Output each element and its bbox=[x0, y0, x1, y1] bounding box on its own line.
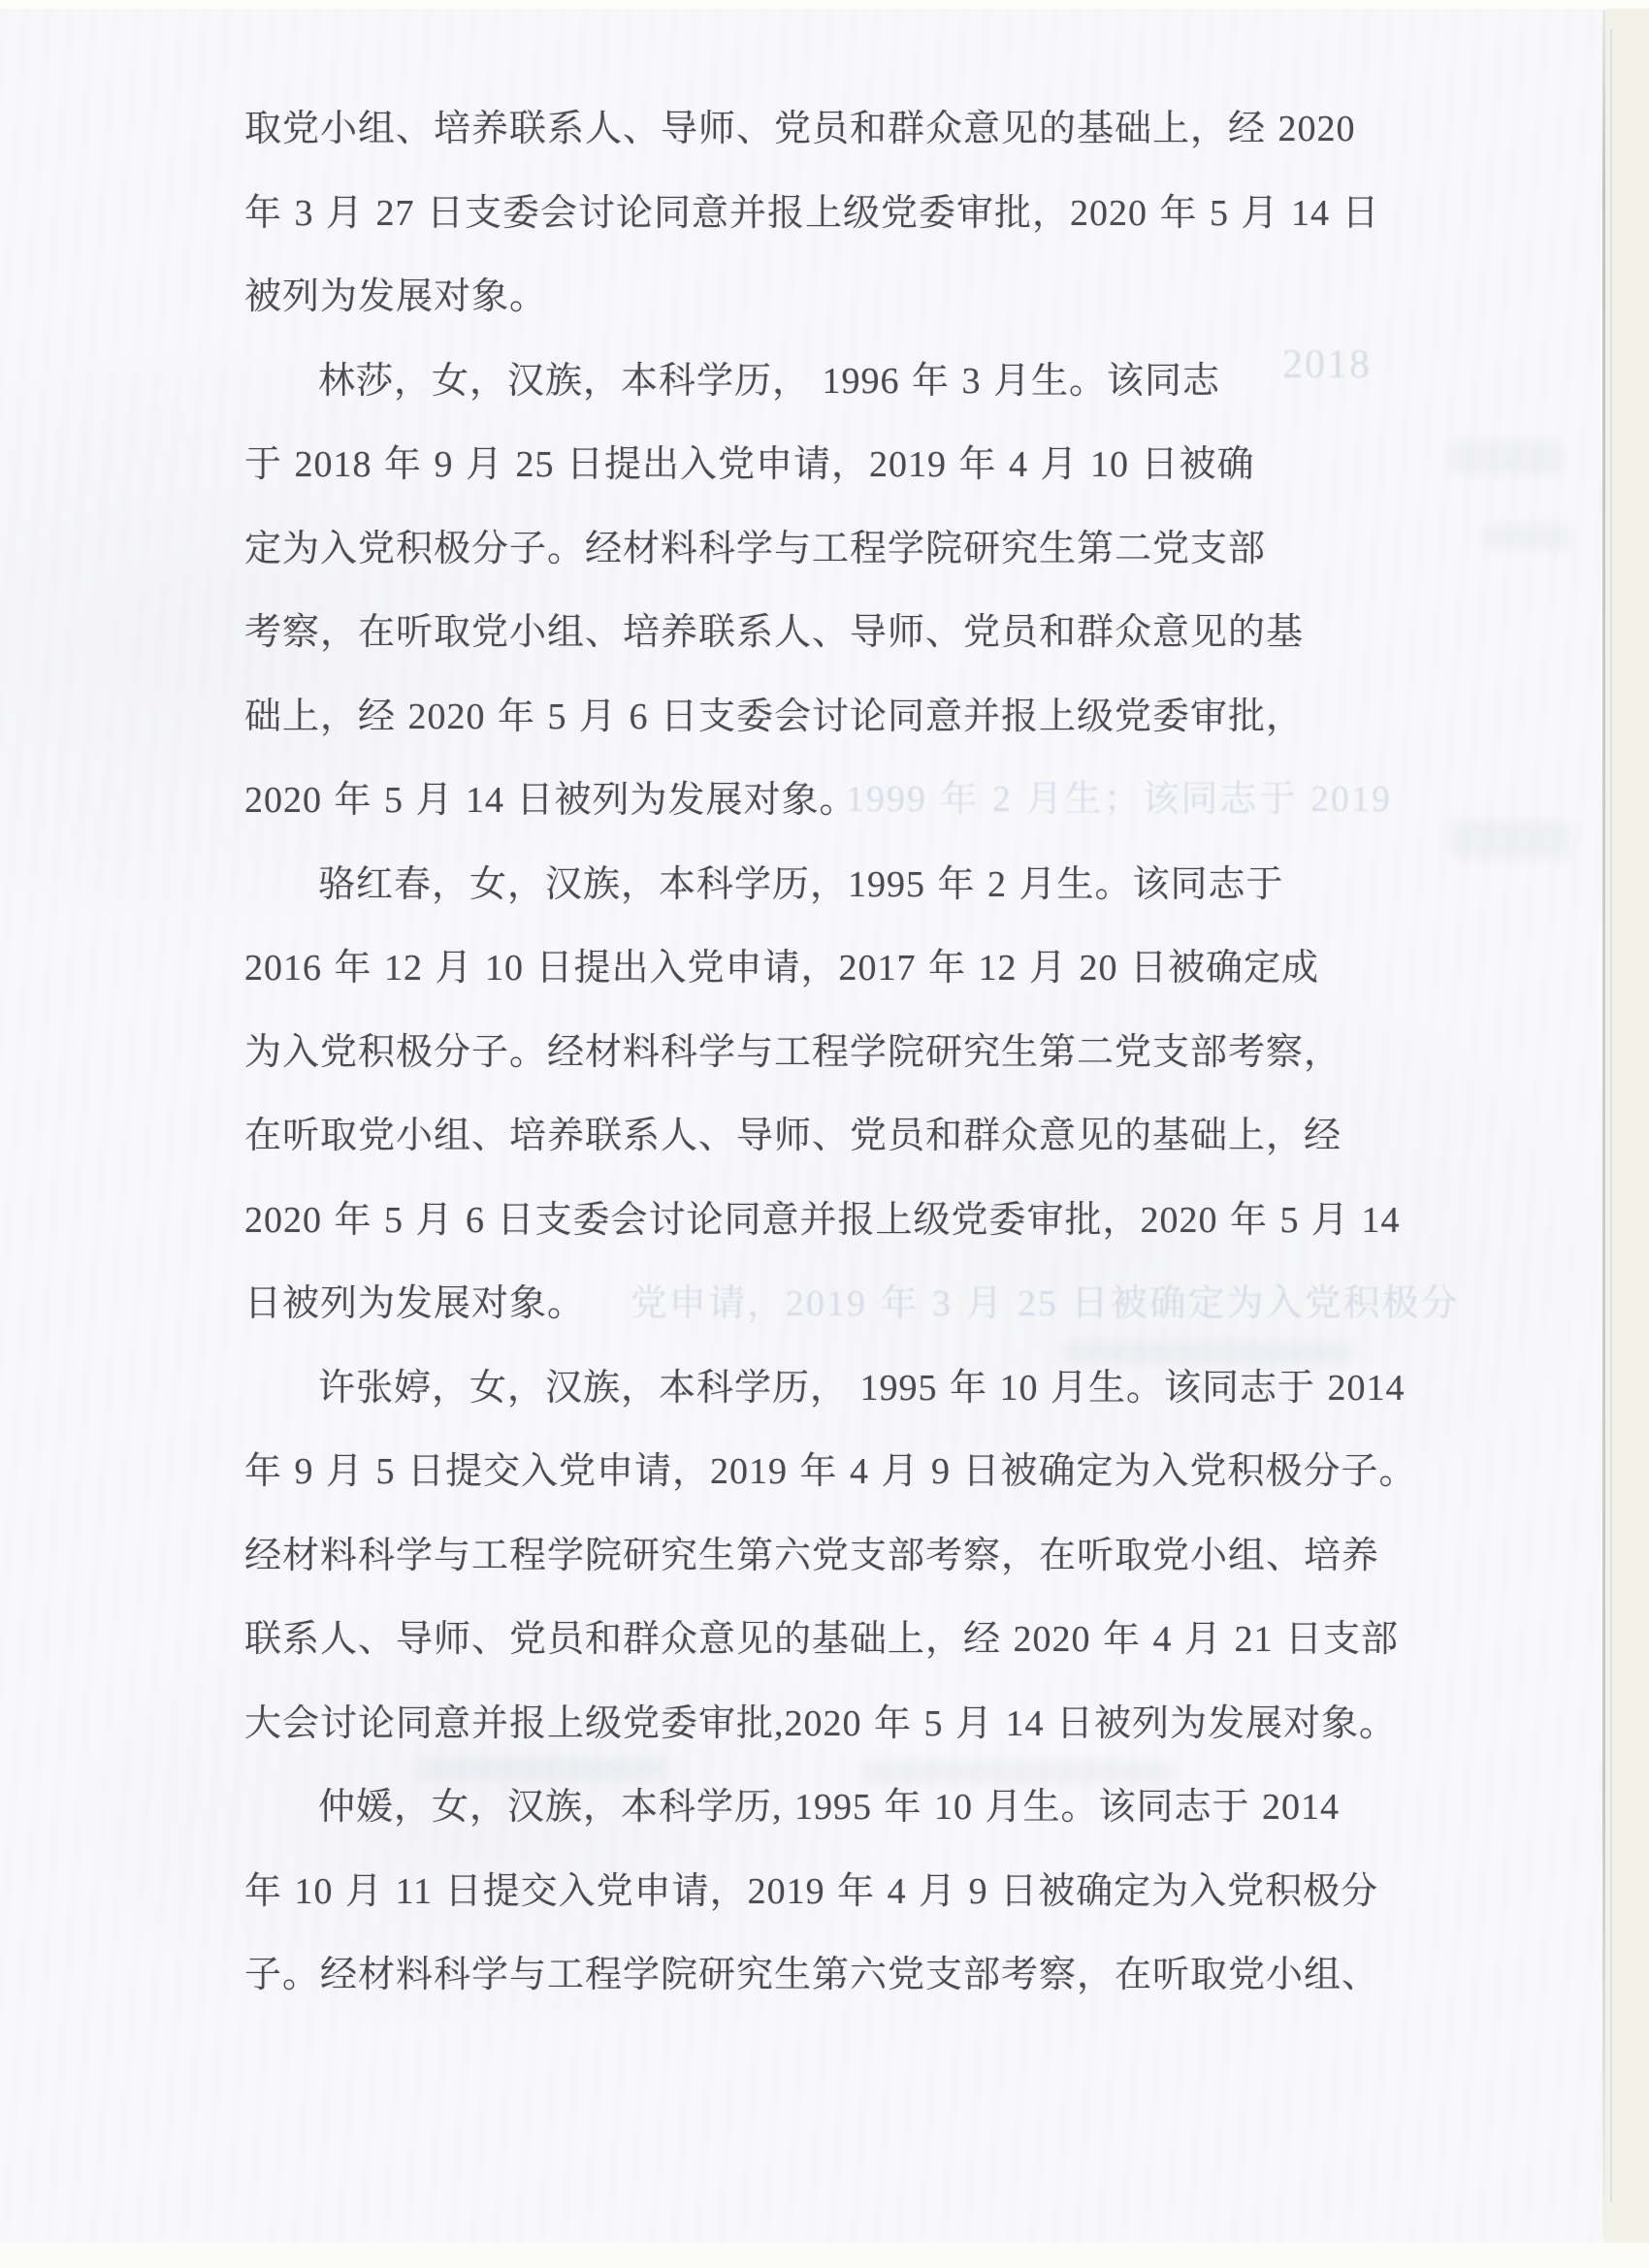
bleedthrough-smudge bbox=[863, 1761, 1174, 1784]
bleedthrough-ghost-text: 1999 年 2 月生；该同志于 2019 bbox=[846, 768, 1392, 822]
text-line: 林莎，女，汉族，本科学历， 1996 年 3 月生。该同志 bbox=[244, 340, 1406, 424]
text-line: 取党小组、培养联系人、导师、党员和群众意见的基础上，经 2020 bbox=[244, 87, 1406, 172]
scan-top-strip bbox=[0, 0, 1649, 9]
paper-sheet: 取党小组、培养联系人、导师、党员和群众意见的基础上，经 2020年 3 月 27… bbox=[0, 0, 1604, 2268]
bleedthrough-smudge bbox=[1450, 441, 1562, 474]
text-line: 考察，在听取党小组、培养联系人、导师、党员和群众意见的基 bbox=[244, 591, 1406, 675]
text-line: 定为入党积极分子。经材料科学与工程学院研究生第二党支部 bbox=[244, 507, 1406, 592]
bleedthrough-ghost-text: 党申请，2019 年 3 月 25 日被确定为入党积极分 bbox=[630, 1273, 1460, 1326]
text-line: 年 9 月 5 日提交入党申请，2019 年 4 月 9 日被确定为入党积极分子… bbox=[244, 1430, 1406, 1514]
text-line: 2020 年 5 月 6 日支委会讨论同意并报上级党委审批，2020 年 5 月… bbox=[244, 1179, 1406, 1263]
text-line: 经材料科学与工程学院研究生第六党支部考察，在听取党小组、培养 bbox=[244, 1514, 1406, 1599]
text-line: 年 3 月 27 日支委会讨论同意并报上级党委审批，2020 年 5 月 14 … bbox=[244, 172, 1406, 256]
text-line: 子。经材料科学与工程学院研究生第六党支部考察，在听取党小组、 bbox=[244, 1933, 1406, 2018]
bleedthrough-smudge bbox=[1484, 524, 1571, 549]
text-line: 大会讨论同意并报上级党委审批,2020 年 5 月 14 日被列为发展对象。 bbox=[244, 1682, 1406, 1766]
paper-right-edge-highlight bbox=[1610, 29, 1612, 2202]
paper-right-edge bbox=[1602, 10, 1605, 2237]
text-line: 为入党积极分子。经材料科学与工程学院研究生第二党支部考察， bbox=[244, 1011, 1406, 1095]
text-line: 在听取党小组、培养联系人、导师、党员和群众意见的基础上，经 bbox=[244, 1094, 1406, 1179]
text-line: 被列为发展对象。 bbox=[244, 255, 1406, 340]
text-line: 仲媛，女，汉族，本科学历, 1995 年 10 月生。该同志于 2014 bbox=[244, 1766, 1406, 1850]
bleedthrough-smudge bbox=[417, 1758, 669, 1781]
text-line: 联系人、导师、党员和群众意见的基础上，经 2020 年 4 月 21 日支部 bbox=[244, 1598, 1406, 1682]
scanned-page: 取党小组、培养联系人、导师、党员和群众意见的基础上，经 2020年 3 月 27… bbox=[0, 0, 1649, 2268]
document-text: 取党小组、培养联系人、导师、党员和群众意见的基础上，经 2020年 3 月 27… bbox=[244, 87, 1406, 2018]
text-line: 年 10 月 11 日提交入党申请，2019 年 4 月 9 日被确定为入党积极… bbox=[244, 1850, 1406, 1934]
text-line: 骆红春，女，汉族，本科学历，1995 年 2 月生。该同志于 bbox=[244, 843, 1406, 927]
text-line: 础上，经 2020 年 5 月 6 日支委会讨论同意并报上级党委审批， bbox=[244, 675, 1406, 760]
bleedthrough-smudge bbox=[1450, 820, 1571, 859]
text-line: 于 2018 年 9 月 25 日提出入党申请，2019 年 4 月 10 日被… bbox=[244, 423, 1406, 507]
bleedthrough-ghost-text: 2018 bbox=[1282, 341, 1372, 388]
text-line: 2016 年 12 月 10 日提出入党申请，2017 年 12 月 20 日被… bbox=[244, 926, 1406, 1011]
bleedthrough-smudge bbox=[1062, 1341, 1353, 1364]
scan-bottom-strip bbox=[0, 2243, 1649, 2268]
